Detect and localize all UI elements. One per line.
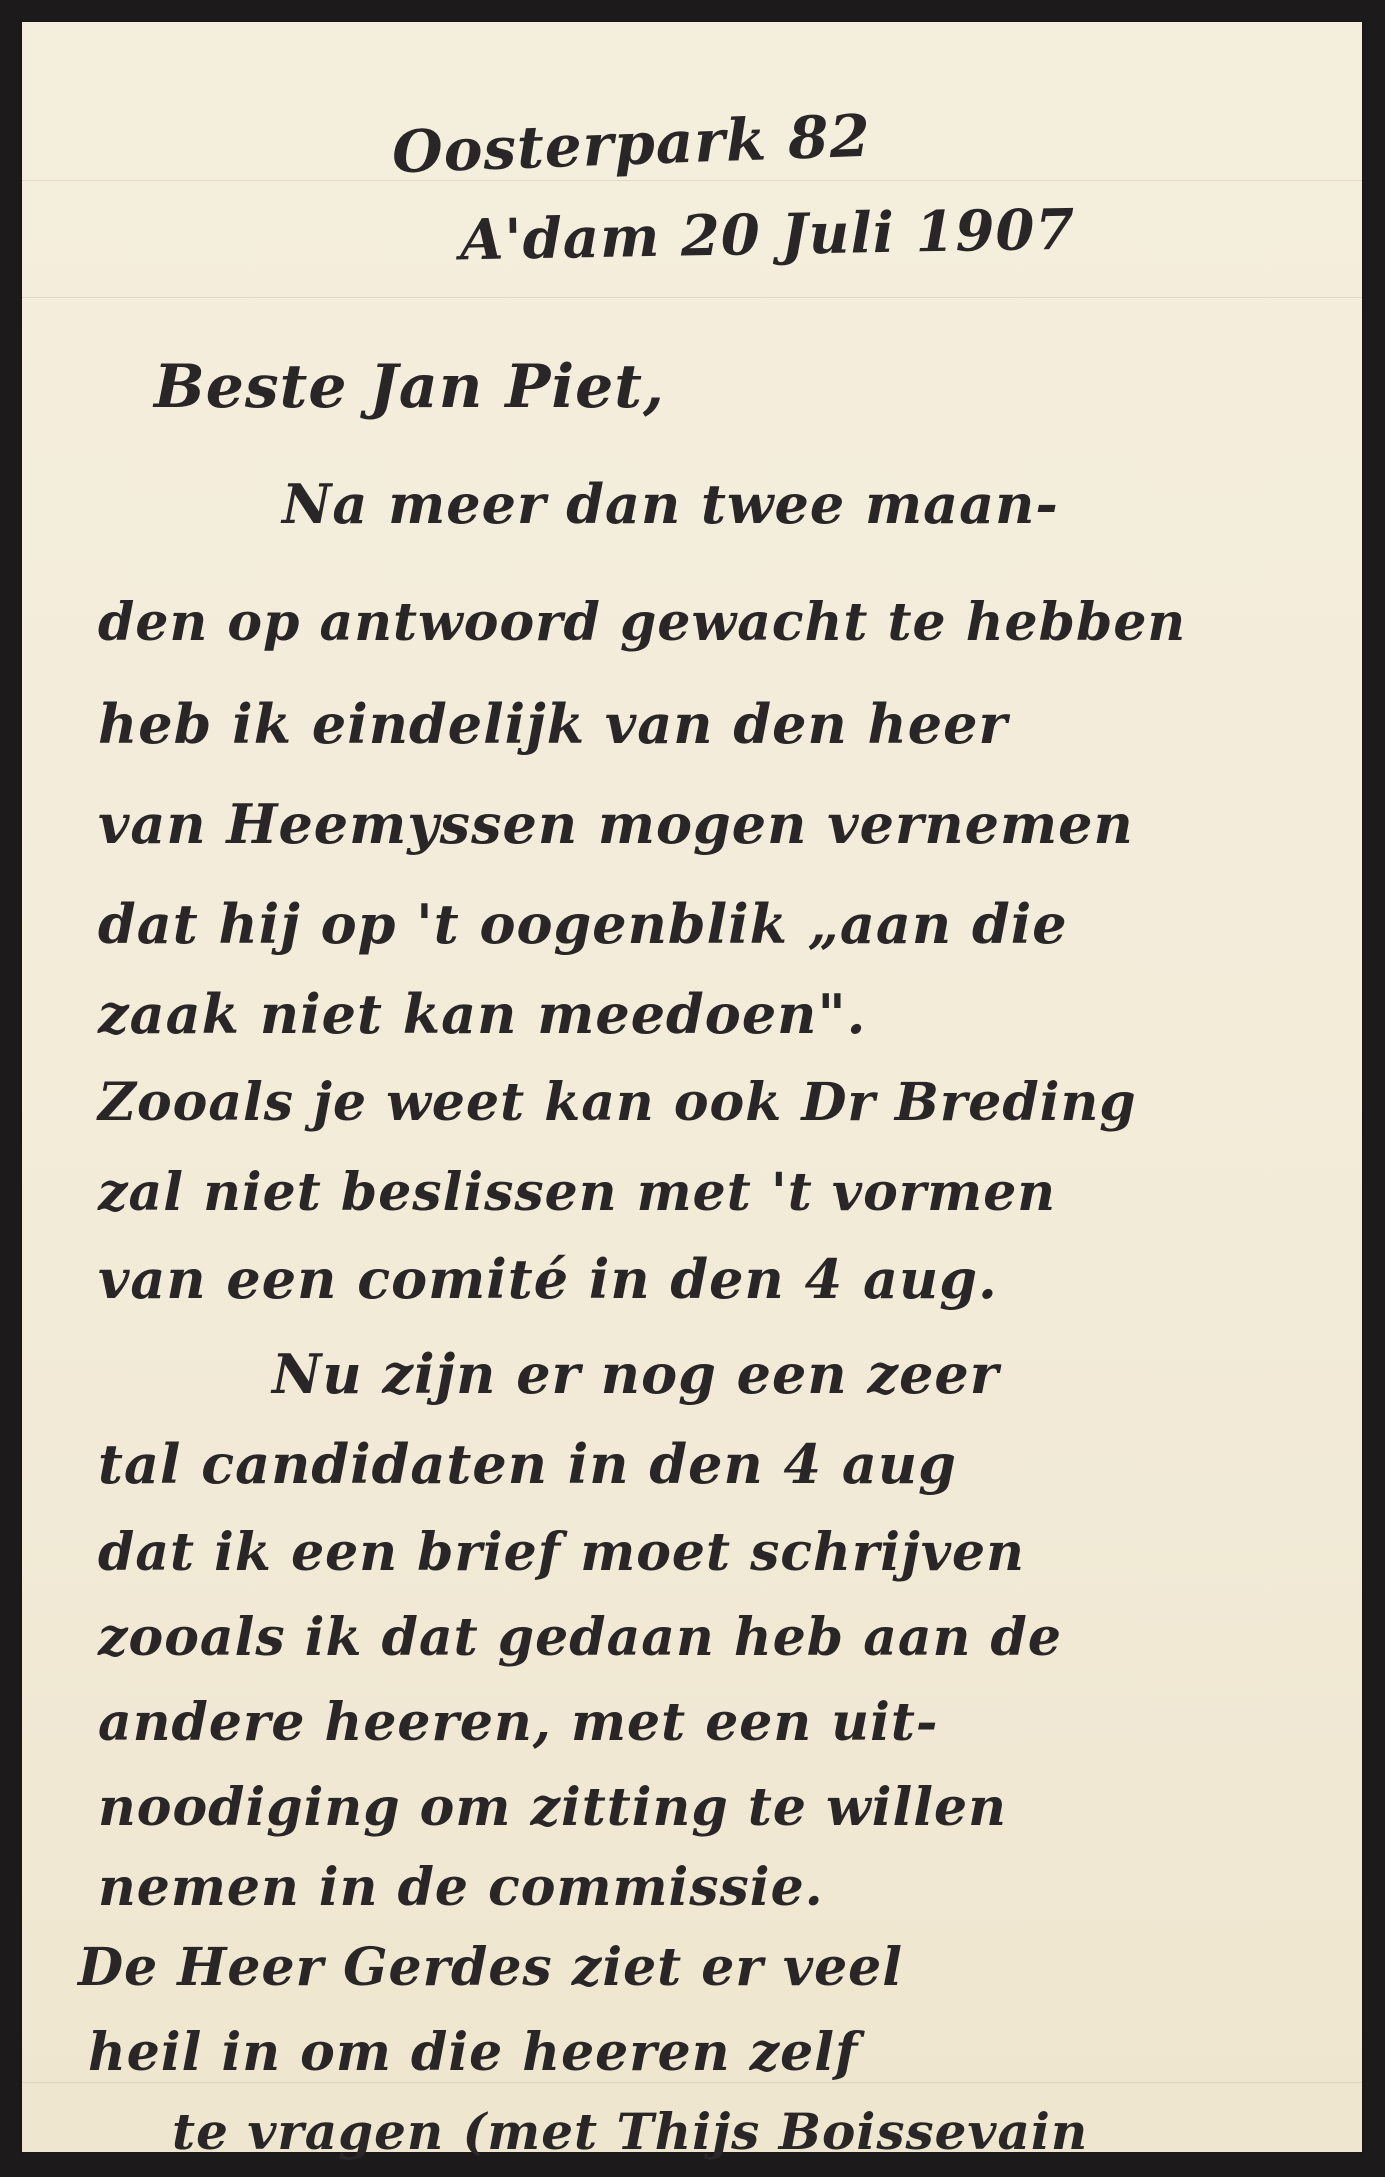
- letter-body-line: van Heemyssen mogen vernemen: [98, 792, 1134, 856]
- letter-body-line: De Heer Gerdes ziet er veel: [78, 1937, 903, 1998]
- letter-place-date: A'dam 20 Juli 1907: [459, 197, 1075, 274]
- letter-body-line: heil in om die heeren zelf: [88, 2022, 858, 2083]
- letter-address: Oosterpark 82: [391, 102, 872, 187]
- ruled-line: [22, 297, 1362, 298]
- letter-body-line: dat hij op 't oogenblik „aan die: [98, 892, 1068, 956]
- letter-body-line: andere heeren, met een uit-: [98, 1692, 938, 1753]
- letter-body-line: zaak niet kan meedoen".: [98, 982, 866, 1046]
- letter-body-line: Zooals je weet kan ook Dr Breding: [98, 1072, 1137, 1133]
- letter-body-line: Na meer dan twee maan-: [282, 472, 1059, 536]
- ruled-line: [22, 180, 1362, 181]
- letter-body-line: van een comité in den 4 aug.: [98, 1247, 998, 1311]
- letter-body-line: noodiging om zitting te willen: [98, 1777, 1007, 1838]
- letter-page: Oosterpark 82 A'dam 20 Juli 1907 Beste J…: [22, 22, 1362, 2152]
- letter-body-line: Nu zijn er nog een zeer: [272, 1342, 999, 1406]
- letter-body-line: den op antwoord gewacht te hebben: [98, 592, 1186, 653]
- letter-body-line: zal niet beslissen met 't vormen: [98, 1162, 1056, 1223]
- letter-body-line: nemen in de commissie.: [98, 1857, 824, 1918]
- letter-body-line: heb ik eindelijk van den heer: [98, 692, 1008, 756]
- letter-body-line: tal candidaten in den 4 aug: [98, 1432, 957, 1496]
- letter-body-line: zooals ik dat gedaan heb aan de: [98, 1607, 1062, 1668]
- letter-body-line: te vragen (met Thijs Boissevain: [172, 2102, 1088, 2161]
- letter-salutation: Beste Jan Piet,: [154, 352, 665, 422]
- letter-body-line: dat ik een brief moet schrijven: [98, 1522, 1025, 1583]
